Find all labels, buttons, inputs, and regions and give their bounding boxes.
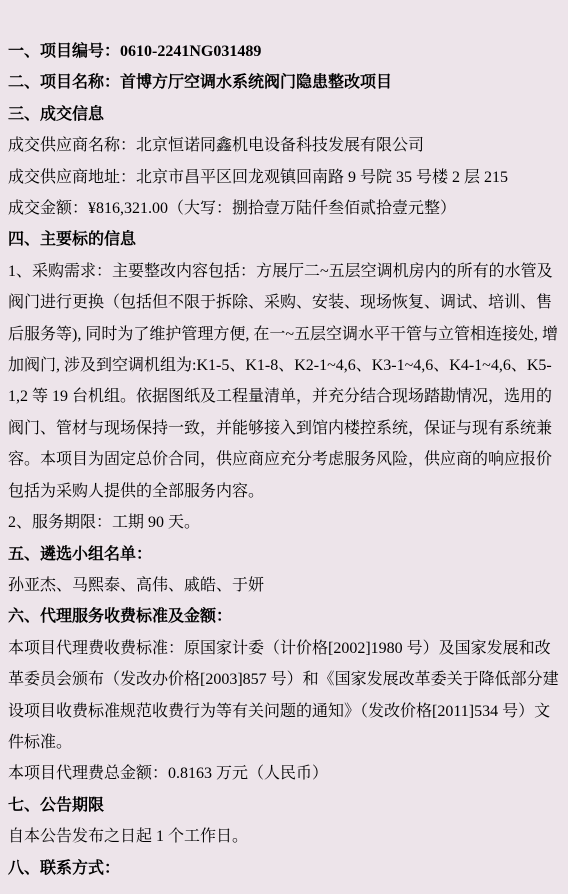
selection-panel-names: 孙亚杰、马熙泰、高伟、戚皓、于妍 xyxy=(8,570,560,601)
section-agency-fee-heading: 六、代理服务收费标准及金额： xyxy=(8,601,560,632)
section-project-number-heading: 一、项目编号：0610-2241NG031489 xyxy=(8,36,560,67)
agency-fee-standard-paragraph: 本项目代理费收费标准：原国家计委（计价格[2002]1980 号）及国家发展和改… xyxy=(8,633,560,759)
section-contact-heading: 八、联系方式： xyxy=(8,853,560,884)
awarded-supplier-name: 成交供应商名称：北京恒诺同鑫机电设备科技发展有限公司 xyxy=(8,130,560,161)
award-amount: 成交金额：¥816,321.00（大写：捌拾壹万陆仟叁佰贰拾壹元整） xyxy=(8,193,560,224)
section-announcement-period-heading: 七、公告期限 xyxy=(8,790,560,821)
service-period: 2、服务期限：工期 90 天。 xyxy=(8,507,560,538)
awarded-supplier-address: 成交供应商地址：北京市昌平区回龙观镇回南路 9 号院 35 号楼 2 层 215 xyxy=(8,162,560,193)
section-selection-panel-heading: 五、遴选小组名单： xyxy=(8,539,560,570)
section-award-info-heading: 三、成交信息 xyxy=(8,99,560,130)
section-main-subject-heading: 四、主要标的信息 xyxy=(8,224,560,255)
announcement-period: 自本公告发布之日起 1 个工作日。 xyxy=(8,821,560,852)
procurement-requirements-paragraph: 1、采购需求：主要整改内容包括：方展厅二~五层空调机房内的所有的水管及阀门进行更… xyxy=(8,256,560,507)
section-project-name-heading: 二、项目名称：首博方厅空调水系统阀门隐患整改项目 xyxy=(8,67,560,98)
procurement-announcement-document: 一、项目编号：0610-2241NG031489 二、项目名称：首博方厅空调水系… xyxy=(0,0,568,894)
agency-fee-total: 本项目代理费总金额：0.8163 万元（人民币） xyxy=(8,758,560,789)
